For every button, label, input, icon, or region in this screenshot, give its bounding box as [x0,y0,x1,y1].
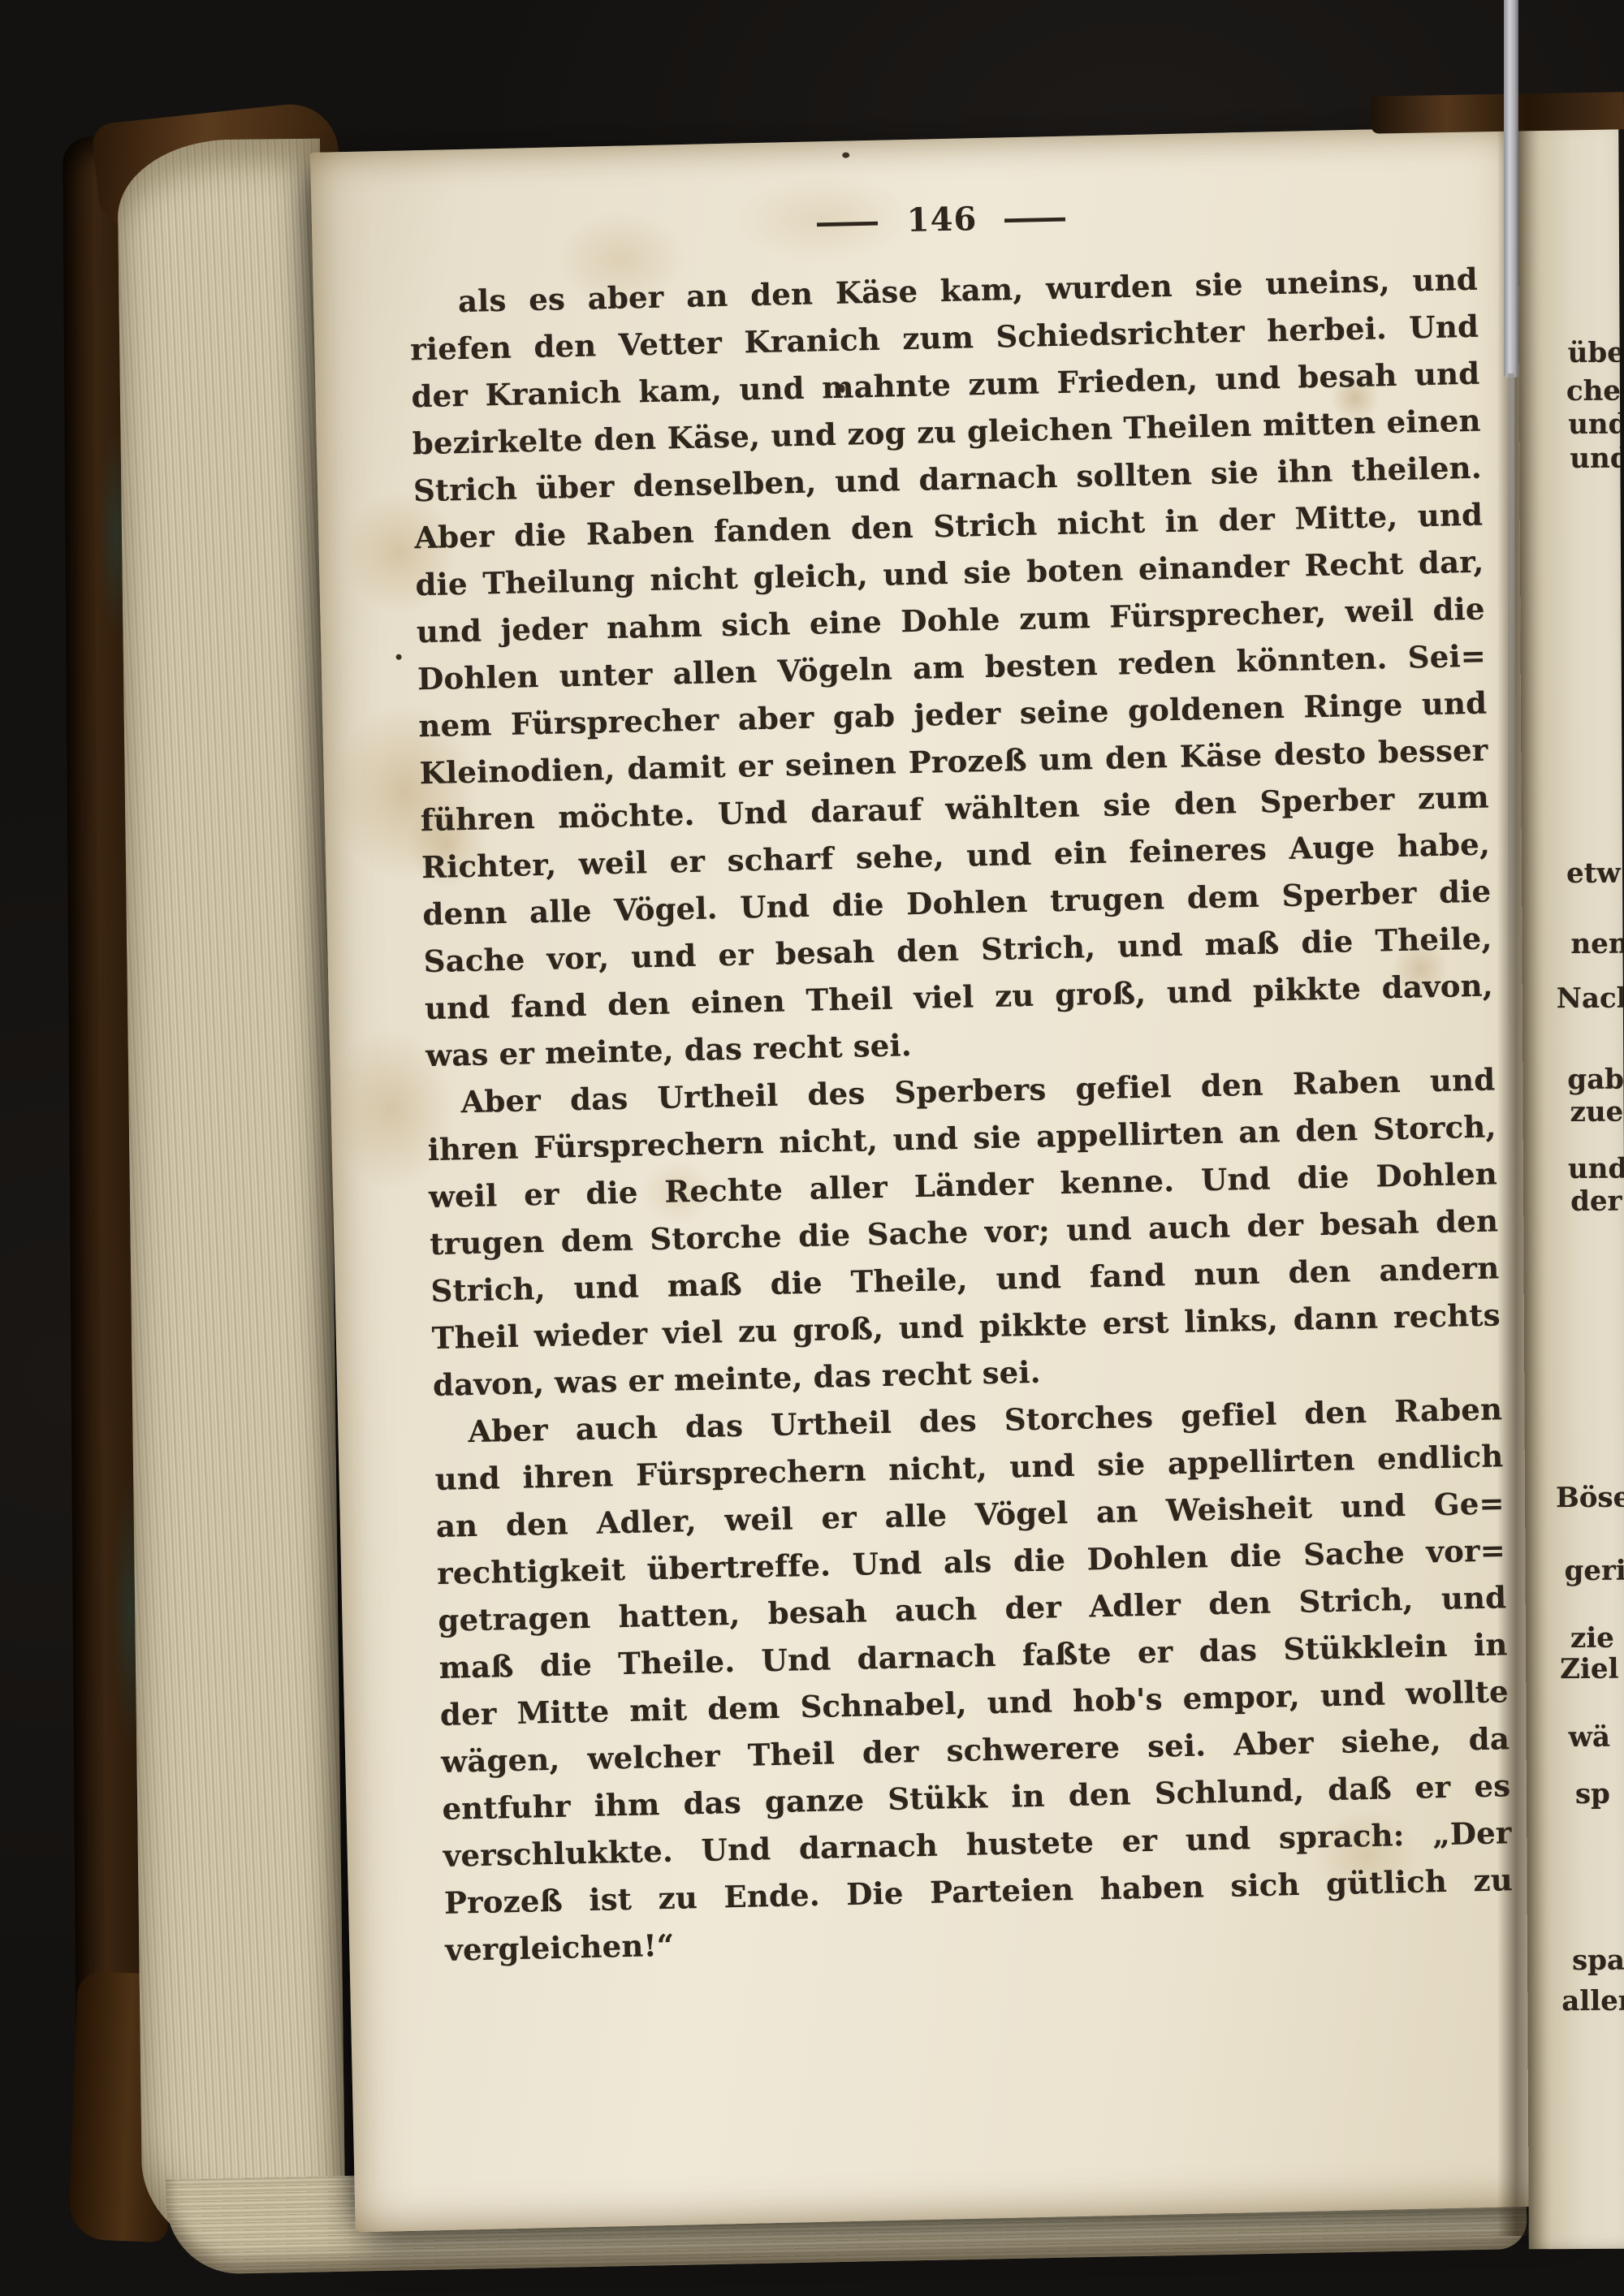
page-number: 146 [906,200,978,240]
next-page-text-fragment: Ziel [1560,1653,1619,1685]
ink-speck [396,654,402,660]
next-page-text-fragment: über [1568,337,1624,369]
next-page-text-fragment: zie [1570,1622,1614,1655]
next-page-text-fragment: geri [1564,1555,1624,1587]
next-page-sliver: überchenundundetwnenNachgabzueundderBöse… [1518,106,1624,2250]
next-page-text-fragment: Böse [1556,1482,1624,1514]
next-page-text-fragment: wä [1569,1721,1611,1754]
page-holder-rod-shadow [1508,373,1514,1112]
next-page-text-fragment: etw [1566,857,1621,890]
header-left-dash: — [813,202,883,242]
next-page-text-fragment: spa [1572,1944,1624,1977]
body-text: als es aber an den Käse kam, wurden sie … [408,256,1514,1974]
binding-top-edge [1371,92,1624,133]
page-holder-rod [1504,0,1518,378]
next-page-text-fragment: chen [1566,375,1624,408]
header-right-dash: — [1000,198,1071,238]
ink-speck [842,153,849,158]
next-page-text-fragment: aller [1561,1985,1624,2018]
next-page-text-fragment: und [1570,442,1624,475]
page-number-header: — 146 — [408,189,1477,251]
page-stack-fore-edge [117,139,346,2267]
next-page-text-fragment: nen [1570,928,1624,960]
next-page-text-fragment: der [1570,1185,1622,1218]
book-page: — 146 — als es aber an den Käse kam, wur… [310,126,1567,2232]
book-scan-photo: — 146 — als es aber an den Käse kam, wur… [0,0,1624,2296]
next-page-text-fragment: und [1568,408,1624,441]
next-page-text-fragment: gab [1567,1064,1624,1096]
next-page-text-fragment: und [1568,1153,1624,1185]
next-page-text-fragment: Nach [1557,982,1624,1016]
next-page-text-fragment: zue [1570,1096,1623,1129]
next-page-text-fragment: sp [1575,1778,1610,1810]
